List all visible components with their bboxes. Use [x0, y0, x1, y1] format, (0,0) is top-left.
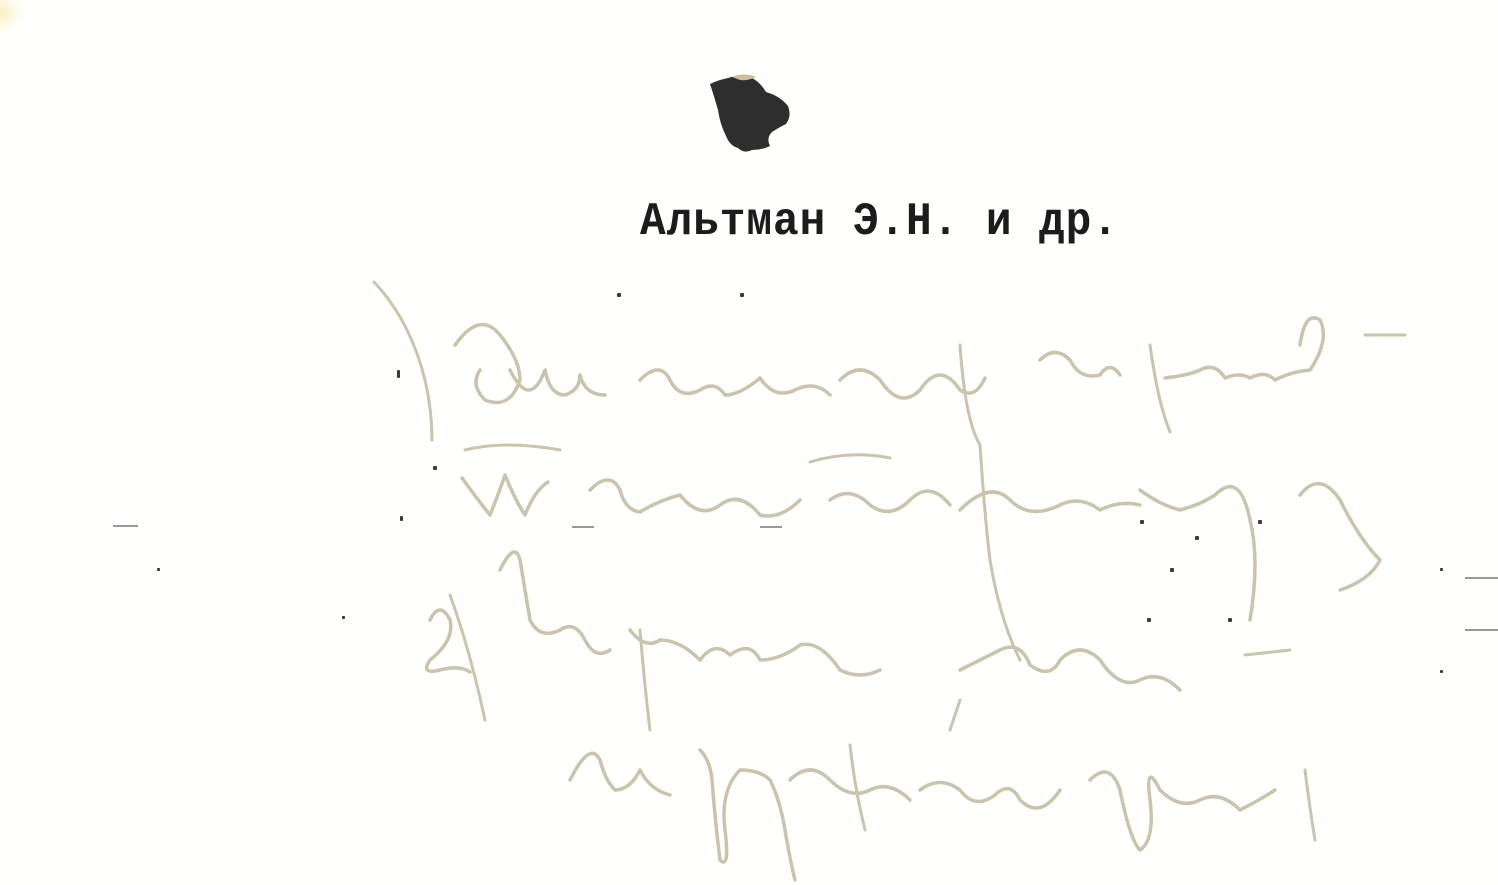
scan-artifacts — [0, 0, 1498, 885]
dash-mark — [1465, 629, 1498, 631]
speck — [617, 293, 621, 297]
speck — [1440, 568, 1443, 571]
speck — [433, 466, 437, 470]
speck — [1228, 618, 1232, 622]
dash-mark — [1465, 577, 1498, 579]
speck — [1195, 536, 1199, 540]
speck — [397, 370, 400, 378]
speck — [1440, 670, 1443, 673]
document-card: Альтман Э.Н. и др. — [0, 0, 1498, 885]
dash-mark — [113, 525, 138, 527]
speck — [400, 516, 403, 521]
speck — [740, 293, 744, 297]
dash-mark — [572, 526, 594, 528]
speck — [1140, 520, 1144, 524]
speck — [157, 568, 160, 571]
dash-mark — [760, 526, 782, 528]
speck — [342, 616, 345, 619]
speck — [1147, 618, 1151, 622]
speck — [1170, 568, 1174, 572]
speck — [1258, 520, 1262, 524]
